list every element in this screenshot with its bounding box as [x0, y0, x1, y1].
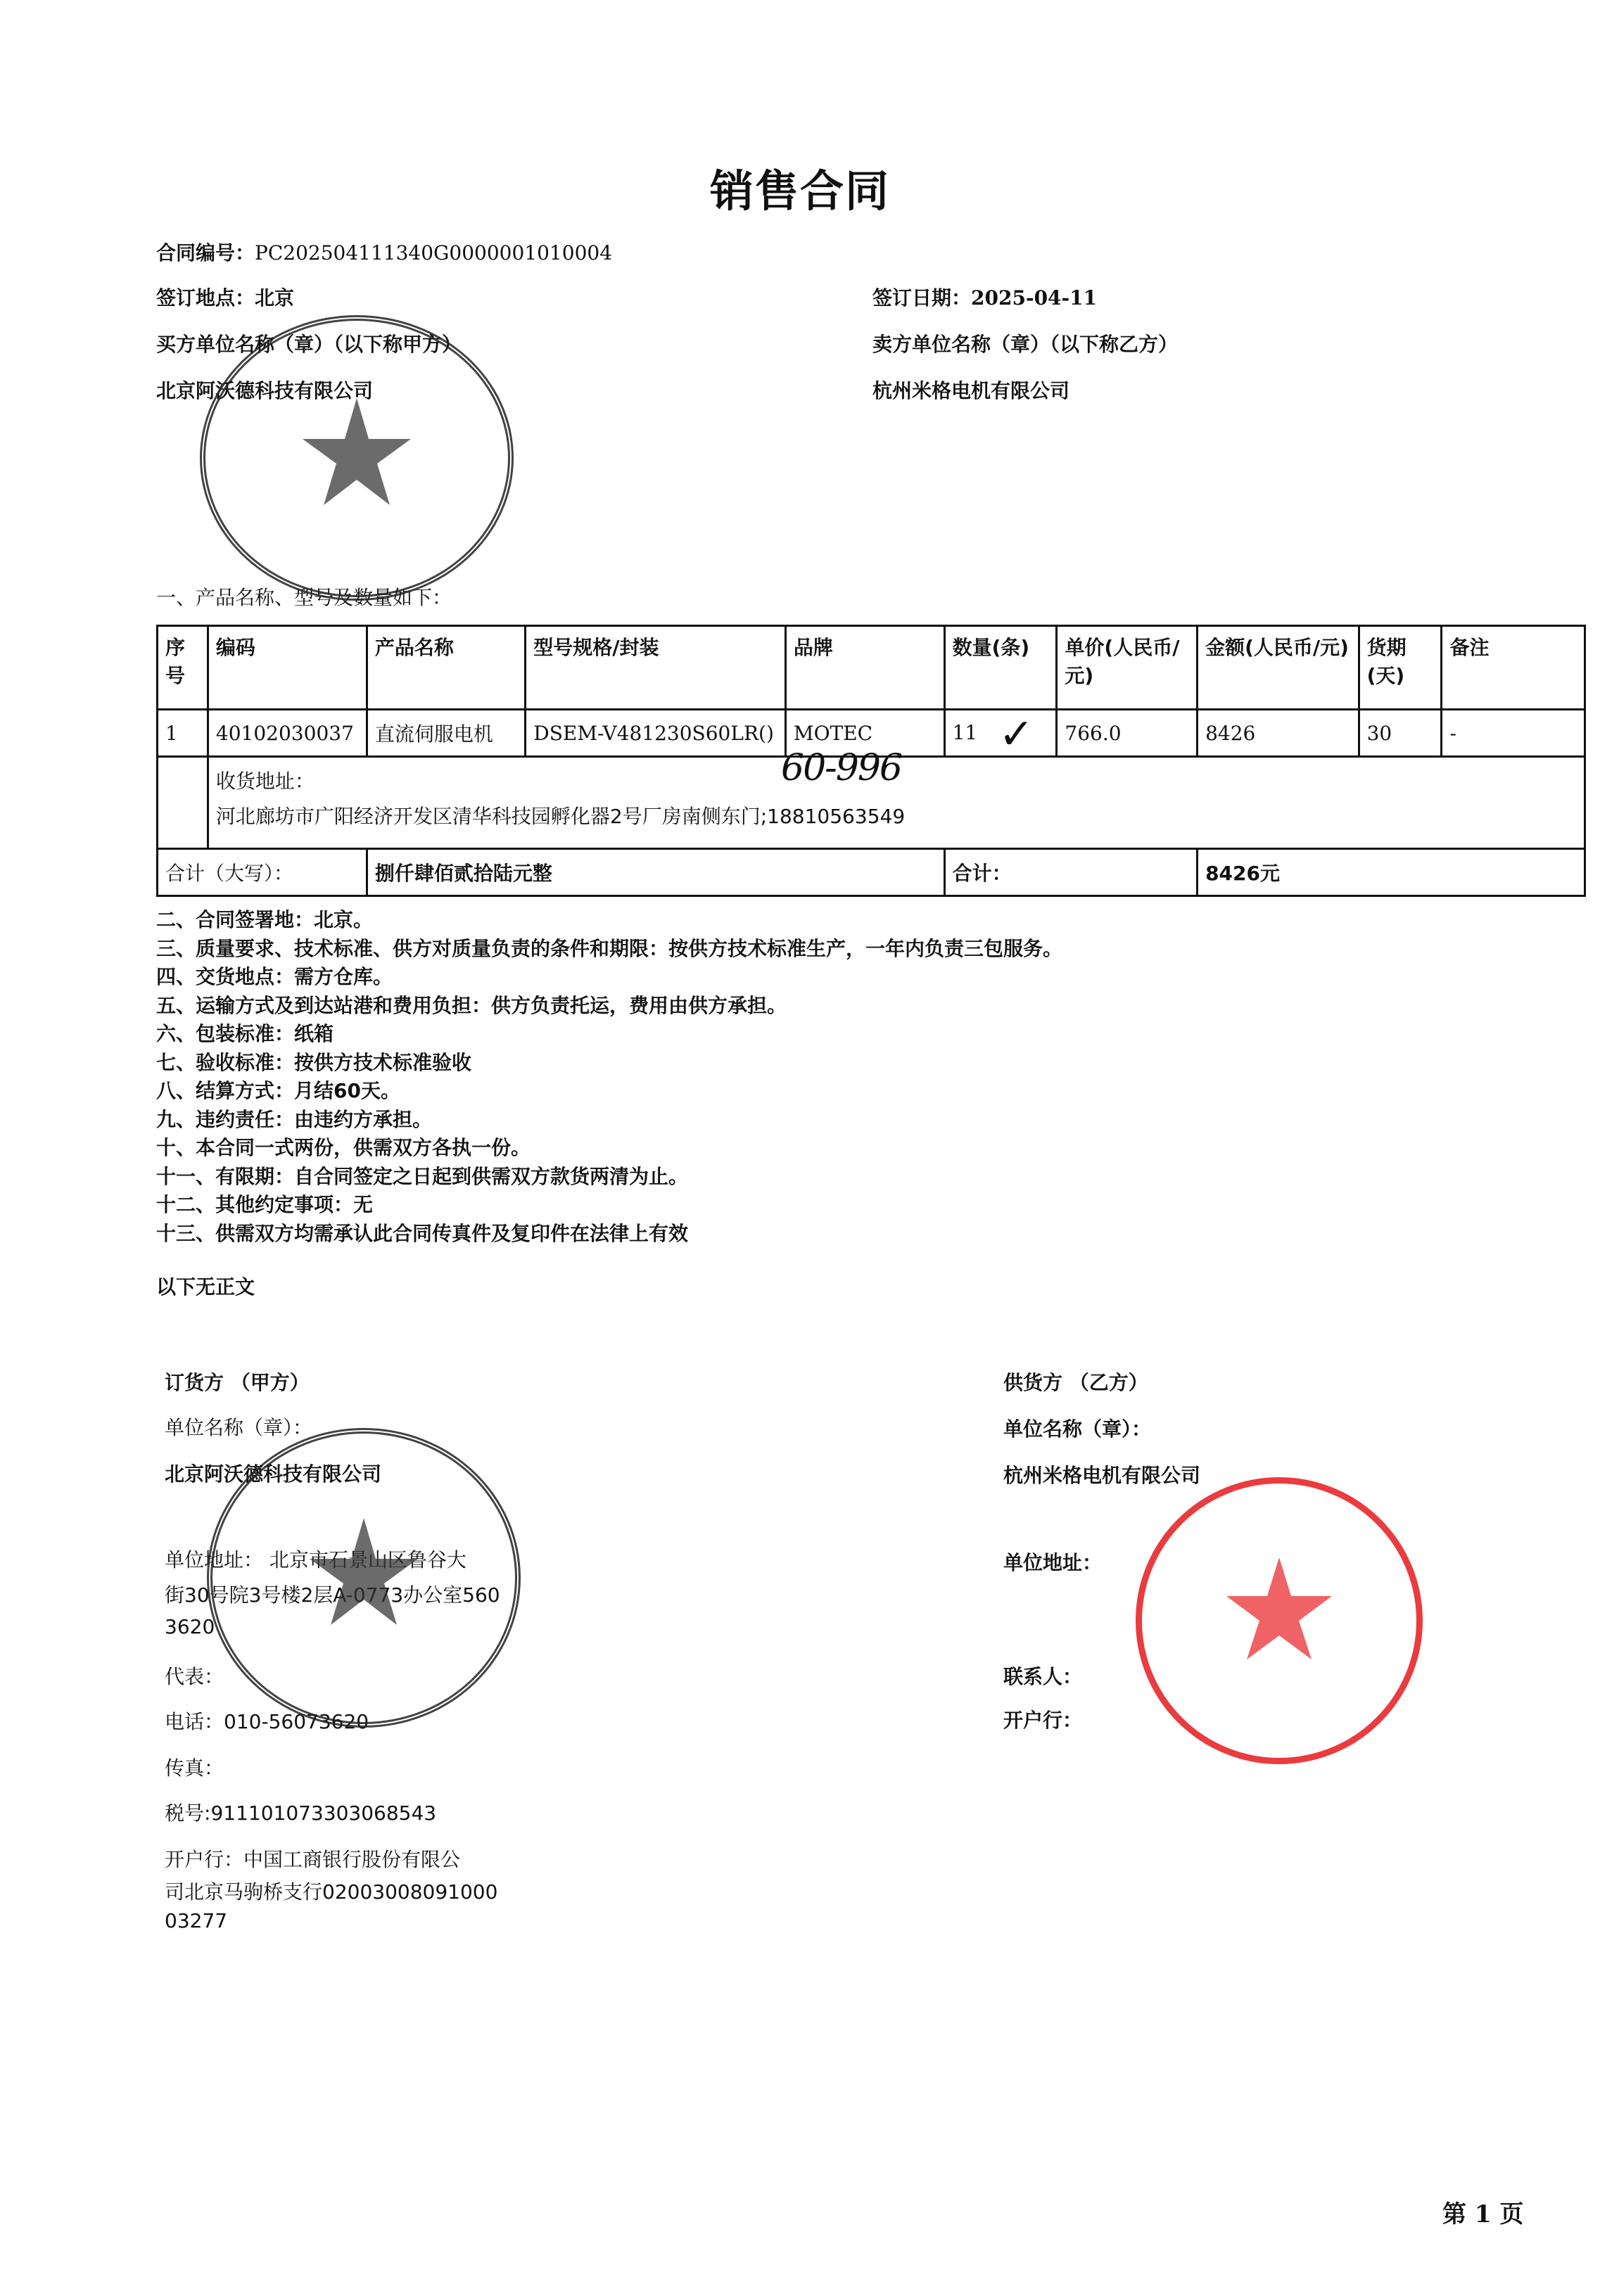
buyer-address-line3: 3620 [165, 1615, 215, 1638]
term-item: 十一、有限期：自合同签定之日起到供需双方款货两清为止。 [156, 1163, 1062, 1192]
header-model: 型号规格/封装 [526, 626, 786, 710]
sign-date-label: 签订日期： [872, 286, 971, 310]
total-label: 合计： [944, 849, 1197, 896]
contract-number: 合同编号：PC202504111340G0000001010004 [156, 238, 612, 266]
term-item: 五、运输方式及到达站港和费用负担：供方负责托运，费用由供方承担。 [156, 992, 1062, 1021]
header-unit-price: 单价(人民币/元) [1057, 626, 1198, 710]
header-amount: 金额(人民币/元) [1198, 626, 1359, 710]
stamp-star-icon [212, 1434, 515, 1722]
seller-contact-label: 联系人： [1003, 1662, 1082, 1690]
table-header-row: 序号 编码 产品名称 型号规格/封装 品牌 数量(条) 单价(人民币/元) 金额… [158, 626, 1585, 710]
seller-bank-label: 开户行： [1003, 1705, 1082, 1733]
term-item: 二、合同签署地：北京。 [156, 906, 1062, 935]
header-name: 产品名称 [367, 626, 525, 710]
sign-place: 签订地点：北京 [156, 283, 294, 311]
sign-place-value: 北京 [255, 286, 294, 310]
buyer-tax-value: 911101073303068543 [210, 1801, 436, 1825]
buyer-bank: 开户行：中国工商银行股份有限公 [165, 1844, 460, 1873]
no-more-text: 以下无正文 [156, 1272, 255, 1300]
seller-address-label: 单位地址： [1003, 1548, 1102, 1576]
header-qty: 数量(条) [944, 626, 1057, 710]
buyer-company-stamp-2 [207, 1428, 521, 1728]
cell-name: 直流伺服电机 [367, 710, 525, 757]
seller-company-stamp [1136, 1477, 1423, 1764]
cell-qty: 11✓ [944, 710, 1057, 757]
cell-remark: - [1442, 710, 1585, 757]
header-remark: 备注 [1442, 626, 1585, 710]
buyer-heading: 订货方 （甲方） [165, 1367, 310, 1396]
seller-heading: 供货方 （乙方） [1003, 1367, 1148, 1396]
stamp-star-icon [1142, 1484, 1416, 1758]
term-item: 十二、其他约定事项：无 [156, 1191, 1062, 1220]
buyer-tax: 税号:911101073303068543 [165, 1798, 436, 1826]
document-title: 销售合同 [0, 156, 1600, 219]
buyer-fax-label: 传真： [165, 1753, 224, 1781]
total-value: 8426元 [1198, 849, 1585, 896]
buyer-company-stamp [200, 315, 514, 601]
header-code: 编码 [208, 626, 367, 710]
address-value: 河北廊坊市广阳经济开发区清华科技园孵化器2号厂房南侧东门;18810563549 [216, 801, 1577, 829]
address-blank-cell [158, 757, 208, 849]
seller-unit-name-label: 单位名称（章）： [1003, 1414, 1151, 1442]
buyer-bank-label: 开户行： [165, 1848, 243, 1871]
cell-model: DSEM-V481230S60LR() [526, 710, 786, 757]
buyer-tax-label: 税号: [165, 1801, 210, 1825]
cell-lead-days: 30 [1359, 710, 1442, 757]
cell-unit-price: 766.0 [1057, 710, 1198, 757]
term-item: 六、包装标准：纸箱 [156, 1020, 1062, 1049]
sign-date: 签订日期：2025-04-11 [872, 283, 1097, 311]
cell-amount: 8426 [1198, 710, 1359, 757]
handwritten-note: 60-996 [781, 747, 901, 789]
term-item: 八、结算方式：月结60天。 [156, 1077, 1062, 1106]
total-row: 合计（大写）： 捌仟肆佰贰拾陆元整 合计： 8426元 [158, 849, 1585, 896]
buyer-bank-line2: 司北京马驹桥支行02003008091000 [165, 1877, 497, 1905]
seller-name: 杭州米格电机有限公司 [872, 376, 1069, 404]
checkmark-icon: ✓ [998, 724, 1034, 745]
term-item: 九、违约责任：由违约方承担。 [156, 1106, 1062, 1135]
cell-code: 40102030037 [208, 710, 367, 757]
header-no: 序号 [158, 626, 208, 710]
contract-number-label: 合同编号： [156, 241, 255, 264]
stamp-star-icon [205, 321, 508, 595]
term-item: 三、质量要求、技术标准、供方对质量负责的条件和期限：按供方技术标准生产，一年内负… [156, 935, 1062, 964]
cell-no: 1 [158, 710, 208, 757]
term-item: 十三、供需双方均需承认此合同传真件及复印件在法律上有效 [156, 1220, 1062, 1249]
total-upper-value: 捌仟肆佰贰拾陆元整 [367, 849, 944, 896]
sign-date-value: 2025-04-11 [971, 286, 1097, 310]
seller-label: 卖方单位名称（章）（以下称乙方） [872, 329, 1178, 357]
terms-list: 二、合同签署地：北京。 三、质量要求、技术标准、供方对质量负责的条件和期限：按供… [156, 906, 1062, 1248]
term-item: 十、本合同一式两份，供需双方各执一份。 [156, 1134, 1062, 1163]
term-item: 四、交货地点：需方仓库。 [156, 963, 1062, 992]
qty-value: 11 [953, 721, 978, 744]
sign-place-label: 签订地点： [156, 286, 255, 310]
header-lead-days: 货期(天) [1359, 626, 1442, 710]
total-upper-label: 合计（大写）： [158, 849, 367, 896]
buyer-bank-line3: 03277 [165, 1909, 227, 1932]
buyer-bank-line1: 中国工商银行股份有限公 [243, 1848, 460, 1871]
header-brand: 品牌 [785, 626, 944, 710]
contract-number-value: PC202504111340G0000001010004 [255, 241, 612, 264]
term-item: 七、验收标准：按供方技术标准验收 [156, 1049, 1062, 1078]
page-number: 第 1 页 [1442, 2195, 1523, 2229]
